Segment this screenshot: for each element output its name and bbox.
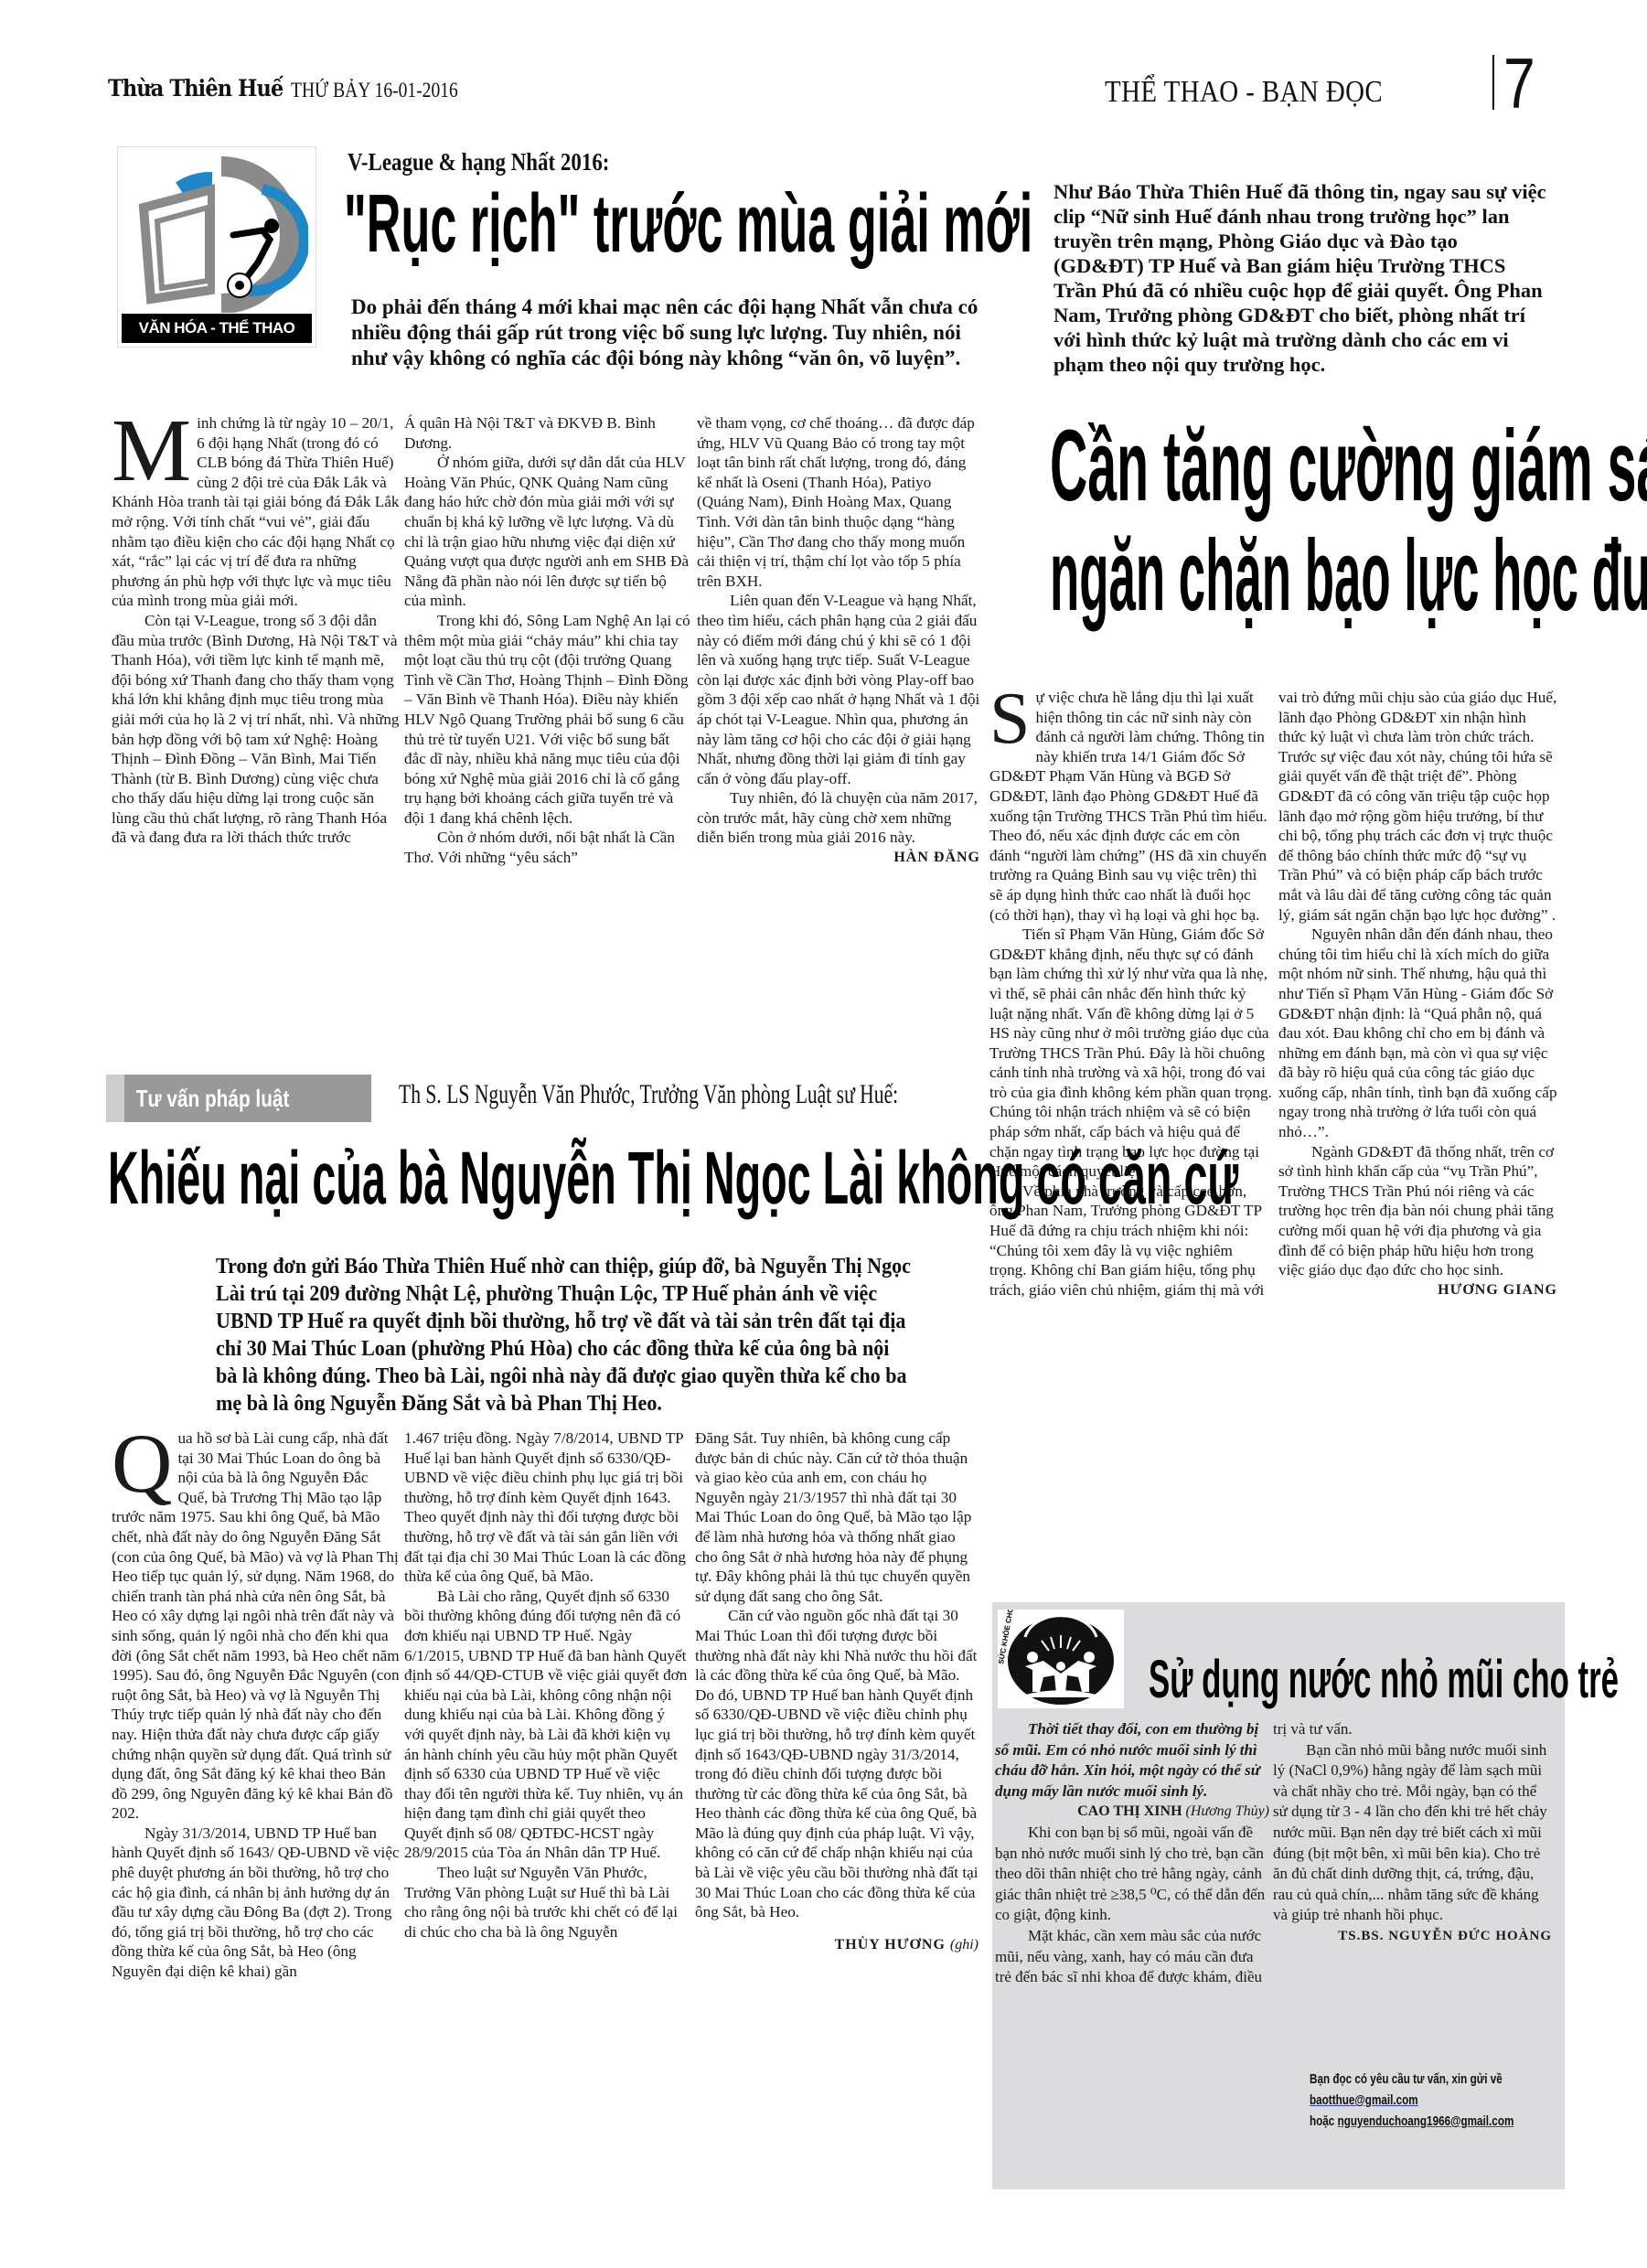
- legal-byline: THÙY HƯƠNG (ghi): [695, 1935, 979, 1955]
- logo-label: VĂN HÓA - THỂ THAO: [122, 314, 312, 343]
- book-footballer-icon: [125, 153, 308, 313]
- school-column-2: vai trò đứng mũi chịu sào của giáo dục H…: [1278, 688, 1557, 1300]
- football-column-2: Á quân Hà Nội T&T và ĐKVĐ B. Bình Dương.…: [404, 413, 692, 868]
- school-sapo: Như Báo Thừa Thiên Huế đã thông tin, nga…: [1053, 179, 1552, 377]
- health-column-2: trị và tư vấn. Bạn cần nhỏ mũi bằng nước…: [1273, 1719, 1552, 1947]
- page-number: 7: [1503, 48, 1535, 119]
- legal-section-tag: Tư vấn pháp luật: [106, 1075, 371, 1122]
- paper-name: Thừa Thiên Huế: [108, 75, 283, 102]
- email-link-doctor[interactable]: nguyenduchoang1966@gmail.com: [1338, 2113, 1514, 2129]
- issue-date: THỨ BẢY 16-01-2016: [291, 79, 458, 102]
- school-byline: HƯƠNG GIANG: [1278, 1280, 1557, 1300]
- health-logo: SỨC KHỎE CHO BẠN * SỨC KHỎE CHO BẠN: [998, 1610, 1124, 1708]
- football-kicker: V-League & hạng Nhất 2016:: [348, 148, 609, 177]
- health-column-1: Thời tiết thay đổi, con em thường bị sổ …: [995, 1719, 1269, 1988]
- football-sapo: Do phải đến tháng 4 mới khai mạc nên các…: [351, 294, 982, 371]
- family-sun-icon: SỨC KHỎE CHO BẠN * SỨC KHỎE CHO BẠN: [998, 1610, 1124, 1708]
- culture-sport-logo: VĂN HÓA - THỂ THAO: [117, 146, 316, 348]
- football-column-3: về tham vọng, cơ chế thoáng… đã được đáp…: [697, 413, 980, 868]
- legal-column-3: Đăng Sắt. Tuy nhiên, bà không cung cấp đ…: [695, 1428, 979, 1954]
- dropcap: S: [989, 690, 1031, 748]
- reader-question: Thời tiết thay đổi, con em thường bị sổ …: [995, 1719, 1269, 1802]
- football-column-1: Minh chứng là từ ngày 10 – 20/1, 6 đội h…: [112, 413, 400, 848]
- masthead-divider: [1492, 55, 1494, 110]
- dropcap: Q: [112, 1430, 172, 1496]
- asker: CAO THỊ XINH (Hương Thủy): [995, 1802, 1269, 1823]
- school-headline-line2: ngăn chặn bạo lực học đường: [1050, 526, 1647, 626]
- legal-column-1: Qua hồ sơ bà Lài cung cấp, nhà đất tại 3…: [112, 1428, 400, 1982]
- contact-note: Bạn đọc có yêu cầu tư vấn, xin gửi về ba…: [1310, 2069, 1571, 2132]
- section-title: THỂ THAO - BẠN ĐỌC: [1105, 75, 1383, 110]
- football-byline: HÀN ĐĂNG: [697, 848, 980, 868]
- legal-kicker: Th S. LS Nguyễn Văn Phước, Trưởng Văn ph…: [399, 1079, 898, 1110]
- health-headline: Sử dụng nước nhỏ mũi cho trẻ: [1149, 1653, 1619, 1706]
- dropcap: M: [112, 415, 191, 487]
- school-headline-line1: Cần tăng cường giám sát,: [1050, 416, 1647, 517]
- football-headline: "Rục rịch" trước mùa giải mới: [344, 183, 1032, 265]
- legal-column-2: 1.467 triệu đồng. Ngày 7/8/2014, UBND TP…: [404, 1428, 688, 1942]
- legal-sapo: Trong đơn gửi Báo Thừa Thiên Huế nhờ can…: [216, 1253, 914, 1417]
- health-byline: TS.BS. NGUYỄN ĐỨC HOÀNG: [1273, 1926, 1552, 1947]
- legal-headline: Khiếu nại của bà Nguyễn Thị Ngọc Lài khô…: [108, 1141, 1238, 1216]
- email-link-baotthue[interactable]: baotthue@gmail.com: [1310, 2092, 1418, 2108]
